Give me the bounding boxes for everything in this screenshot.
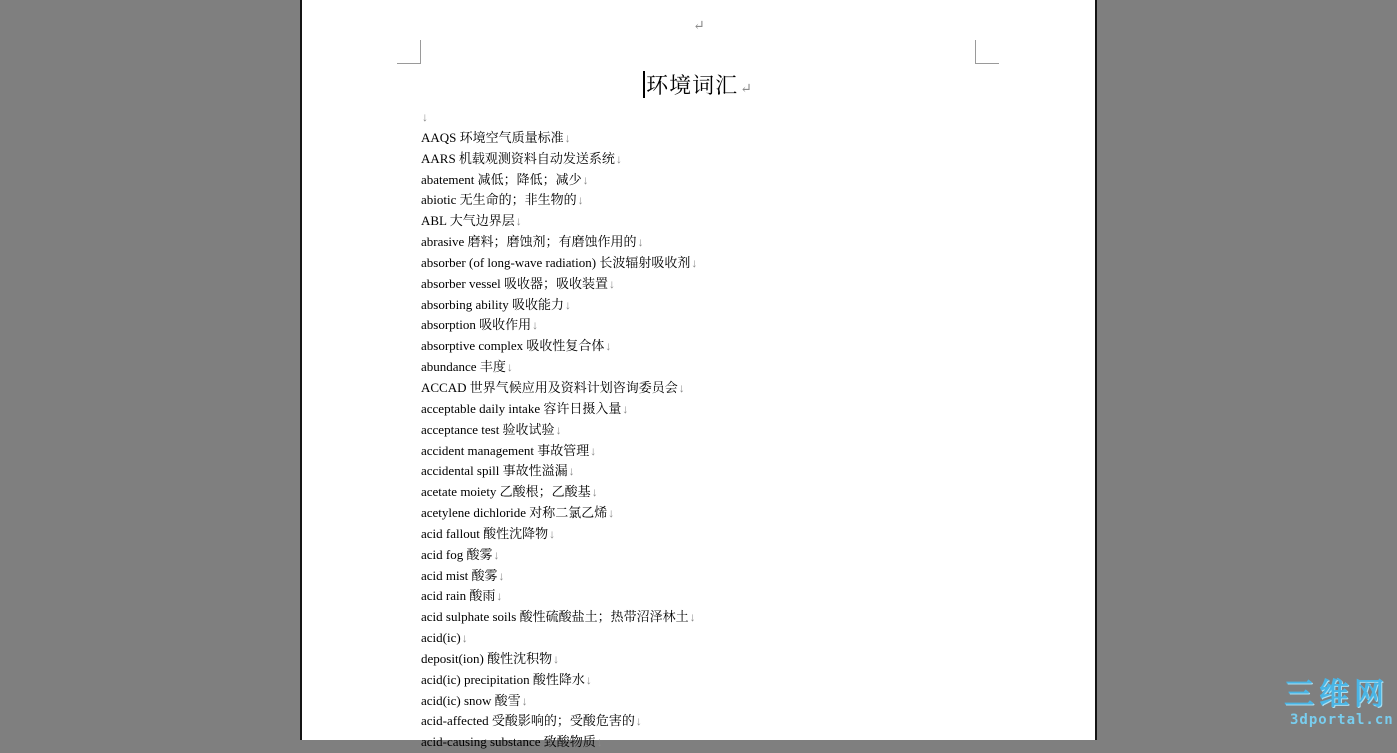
vocab-line[interactable]: absorber (of long-wave radiation) 长波辐射吸收… bbox=[421, 253, 991, 274]
vocab-entry-text: acid rain 酸雨 bbox=[421, 588, 495, 603]
vocab-line[interactable]: abrasive 磨料；磨蚀剂；有磨蚀作用的↓ bbox=[421, 232, 991, 253]
workspace-background: ↵ 环境词汇↵ ↓AAQS 环境空气质量标准↓AARS 机载观测资料自动发送系统… bbox=[0, 0, 1397, 740]
vocab-entry-text: ACCAD 世界气候应用及资料计划咨询委员会 bbox=[421, 380, 678, 395]
vocab-entry-text: accidental spill 事故性溢漏 bbox=[421, 463, 568, 478]
vocab-line[interactable]: acid-causing substance 致酸物质↓ bbox=[421, 732, 991, 740]
line-break-mark: ↓ bbox=[422, 110, 428, 124]
text-cursor bbox=[643, 71, 645, 98]
vocab-line[interactable]: acid mist 酸雾↓ bbox=[421, 566, 991, 587]
line-break-mark: ↓ bbox=[590, 444, 596, 458]
title-line[interactable]: 环境词汇↵ bbox=[420, 70, 975, 106]
vocab-entry-text: abrasive 磨料；磨蚀剂；有磨蚀作用的 bbox=[421, 234, 637, 249]
line-break-mark: ↓ bbox=[565, 298, 571, 312]
vocab-entry-text: abundance 丰度 bbox=[421, 359, 506, 374]
watermark-domain-text: 3dportal.cn bbox=[1290, 713, 1397, 727]
vocab-line[interactable]: absorption 吸收作用↓ bbox=[421, 315, 991, 336]
vocab-entry-text: acceptance test 验收试验 bbox=[421, 422, 555, 437]
paragraph-mark: ↵ bbox=[693, 20, 705, 34]
line-break-mark: ↓ bbox=[583, 173, 589, 187]
line-break-mark: ↓ bbox=[605, 339, 611, 353]
vocab-entry-text: absorbing ability 吸收能力 bbox=[421, 297, 564, 312]
vocab-entry-text: absorber vessel 吸收器；吸收装置 bbox=[421, 276, 608, 291]
vocab-line[interactable]: acetate moiety 乙酸根；乙酸基↓ bbox=[421, 482, 991, 503]
line-break-mark: ↓ bbox=[462, 631, 468, 645]
vocab-line[interactable]: abatement 减低；降低；减少↓ bbox=[421, 170, 991, 191]
vocab-entry-text: acetylene dichloride 对称二氯乙烯 bbox=[421, 505, 607, 520]
vocab-line[interactable]: acid sulphate soils 酸性硫酸盐土；热带沼泽林土↓ bbox=[421, 607, 991, 628]
line-break-mark: ↓ bbox=[622, 402, 628, 416]
line-break-mark: ↓ bbox=[586, 673, 592, 687]
line-break-mark: ↓ bbox=[493, 548, 499, 562]
vocab-line[interactable]: acid(ic) precipitation 酸性降水↓ bbox=[421, 670, 991, 691]
vocab-line[interactable]: acid(ic)↓ bbox=[421, 628, 991, 649]
vocab-entry-text: acid-causing substance 致酸物质 bbox=[421, 734, 596, 740]
vocab-entry-text: acid sulphate soils 酸性硫酸盐土；热带沼泽林土 bbox=[421, 609, 689, 624]
vocab-line[interactable]: accident management 事故管理↓ bbox=[421, 441, 991, 462]
line-break-mark: ↓ bbox=[522, 694, 528, 708]
line-break-mark: ↓ bbox=[636, 714, 642, 728]
line-break-mark: ↓ bbox=[549, 527, 555, 541]
document-page[interactable]: ↵ 环境词汇↵ ↓AAQS 环境空气质量标准↓AARS 机载观测资料自动发送系统… bbox=[300, 0, 1097, 740]
vocab-line[interactable]: ↓ bbox=[421, 107, 991, 128]
vocab-line[interactable]: acid fog 酸雾↓ bbox=[421, 545, 991, 566]
vocab-entry-text: abatement 减低；降低；减少 bbox=[421, 172, 582, 187]
line-break-mark: ↓ bbox=[507, 360, 513, 374]
vocab-entry-text: acid(ic) bbox=[421, 630, 461, 645]
line-break-mark: ↓ bbox=[499, 569, 505, 583]
vocab-entry-text: acid fog 酸雾 bbox=[421, 547, 492, 562]
vocab-entry-text: absorption 吸收作用 bbox=[421, 317, 531, 332]
line-break-mark: ↓ bbox=[578, 193, 584, 207]
vocab-line[interactable]: absorber vessel 吸收器；吸收装置↓ bbox=[421, 274, 991, 295]
line-break-mark: ↓ bbox=[616, 152, 622, 166]
vocab-entry-text: acceptable daily intake 容许日摄入量 bbox=[421, 401, 621, 416]
vocab-line[interactable]: ABL 大气边界层↓ bbox=[421, 211, 991, 232]
line-break-mark: ↓ bbox=[565, 131, 571, 145]
vocab-entry-text: acid mist 酸雾 bbox=[421, 568, 498, 583]
vocab-line[interactable]: acid rain 酸雨↓ bbox=[421, 586, 991, 607]
vocab-entry-text: absorber (of long-wave radiation) 长波辐射吸收… bbox=[421, 255, 690, 270]
line-break-mark: ↓ bbox=[553, 652, 559, 666]
line-break-mark: ↓ bbox=[691, 256, 697, 270]
vocab-entry-text: deposit(ion) 酸性沈积物 bbox=[421, 651, 552, 666]
watermark-logo-text: 三维网 bbox=[1284, 680, 1397, 710]
paragraph-mark: ↵ bbox=[740, 82, 752, 97]
vocab-line[interactable]: AAQS 环境空气质量标准↓ bbox=[421, 128, 991, 149]
line-break-mark: ↓ bbox=[690, 610, 696, 624]
vocab-entry-text: AAQS 环境空气质量标准 bbox=[421, 130, 564, 145]
vocab-line[interactable]: AARS 机载观测资料自动发送系统↓ bbox=[421, 149, 991, 170]
vocab-entry-text: abiotic 无生命的；非生物的 bbox=[421, 192, 577, 207]
vocab-entry-text: acid(ic) snow 酸雪 bbox=[421, 693, 521, 708]
vocab-line[interactable]: acceptable daily intake 容许日摄入量↓ bbox=[421, 399, 991, 420]
vocab-line[interactable]: acid(ic) snow 酸雪↓ bbox=[421, 691, 991, 712]
vocab-entry-text: AARS 机载观测资料自动发送系统 bbox=[421, 151, 615, 166]
vocab-line[interactable]: absorptive complex 吸收性复合体↓ bbox=[421, 336, 991, 357]
vocab-entry-text: absorptive complex 吸收性复合体 bbox=[421, 338, 604, 353]
vocab-line[interactable]: deposit(ion) 酸性沈积物↓ bbox=[421, 649, 991, 670]
line-break-mark: ↓ bbox=[496, 589, 502, 603]
watermark: 三维网 3dportal.cn bbox=[1284, 680, 1397, 727]
line-break-mark: ↓ bbox=[597, 735, 603, 740]
vocab-line[interactable]: absorbing ability 吸收能力↓ bbox=[421, 295, 991, 316]
line-break-mark: ↓ bbox=[608, 506, 614, 520]
vocab-entry-text: acetate moiety 乙酸根；乙酸基 bbox=[421, 484, 591, 499]
line-break-mark: ↓ bbox=[679, 381, 685, 395]
vocab-line[interactable]: acetylene dichloride 对称二氯乙烯↓ bbox=[421, 503, 991, 524]
vocab-line[interactable]: acid-affected 受酸影响的；受酸危害的↓ bbox=[421, 711, 991, 732]
line-break-mark: ↓ bbox=[532, 318, 538, 332]
text-boundary-mark-top-right bbox=[975, 40, 999, 64]
line-break-mark: ↓ bbox=[556, 423, 562, 437]
vocab-entry-text: ABL 大气边界层 bbox=[421, 213, 515, 228]
vocab-line[interactable]: accidental spill 事故性溢漏↓ bbox=[421, 461, 991, 482]
page-title: 环境词汇 bbox=[646, 73, 738, 98]
vocab-entry-text: accident management 事故管理 bbox=[421, 443, 589, 458]
vocab-entry-text: acid fallout 酸性沈降物 bbox=[421, 526, 548, 541]
line-break-mark: ↓ bbox=[638, 235, 644, 249]
vocab-line[interactable]: acceptance test 验收试验↓ bbox=[421, 420, 991, 441]
text-boundary-mark-top-left bbox=[397, 40, 421, 64]
vocab-entry-text: acid-affected 受酸影响的；受酸危害的 bbox=[421, 713, 635, 728]
vocab-line[interactable]: acid fallout 酸性沈降物↓ bbox=[421, 524, 991, 545]
line-break-mark: ↓ bbox=[569, 464, 575, 478]
line-break-mark: ↓ bbox=[609, 277, 615, 291]
vocab-line[interactable]: ACCAD 世界气候应用及资料计划咨询委员会↓ bbox=[421, 378, 991, 399]
line-break-mark: ↓ bbox=[592, 485, 598, 499]
vocab-line[interactable]: abundance 丰度↓ bbox=[421, 357, 991, 378]
vocabulary-list[interactable]: ↓AAQS 环境空气质量标准↓AARS 机载观测资料自动发送系统↓abateme… bbox=[421, 107, 991, 740]
vocab-entry-text: acid(ic) precipitation 酸性降水 bbox=[421, 672, 585, 687]
line-break-mark: ↓ bbox=[516, 214, 522, 228]
vocab-line[interactable]: abiotic 无生命的；非生物的↓ bbox=[421, 190, 991, 211]
